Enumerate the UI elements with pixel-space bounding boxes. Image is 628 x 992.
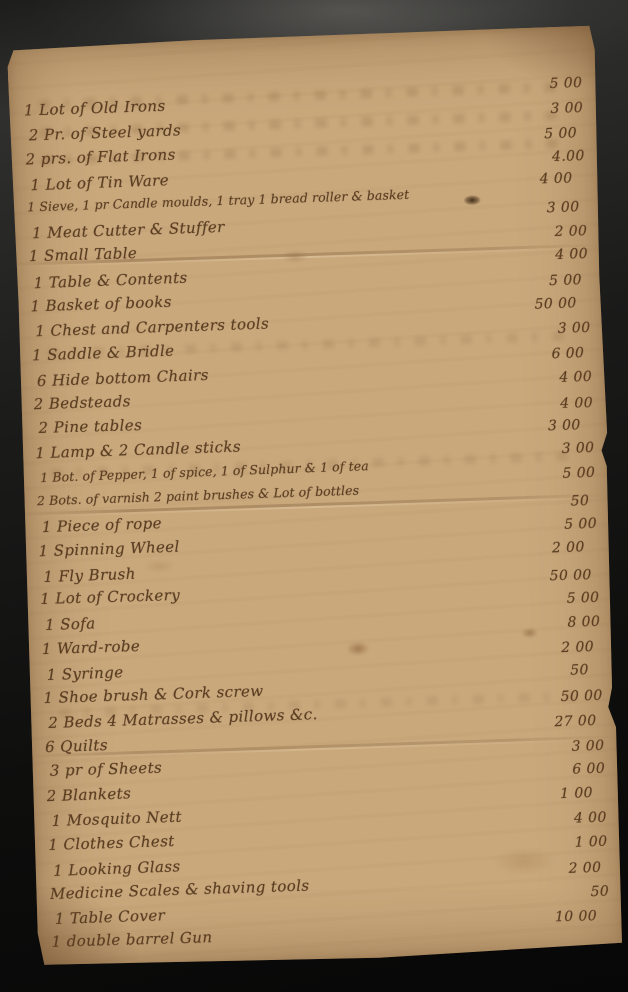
manuscript-page: 1 Lot of Old Irons5 002 Pr. of Steel yar… — [7, 26, 625, 971]
item-price: 50 00 — [518, 567, 598, 585]
item-price: 2 00 — [513, 223, 593, 241]
item-price: 5 00 — [525, 589, 605, 608]
item-price: 6 00 — [531, 760, 611, 779]
item-price: 6 00 — [510, 344, 591, 363]
item-price: 5 00 — [508, 75, 588, 94]
item-price: 50 — [515, 662, 595, 681]
item-price: 4 00 — [518, 369, 598, 388]
item-price: 50 00 — [502, 295, 582, 314]
item-price: 4 00 — [533, 809, 613, 828]
item-price: 5 00 — [521, 465, 601, 484]
item-price: 4 00 — [514, 245, 595, 264]
item-price: 4.00 — [511, 147, 592, 166]
item-price: 8 00 — [526, 613, 606, 632]
item-price: 2 00 — [510, 538, 591, 557]
item-price: 27 00 — [522, 713, 602, 732]
item-price: 5 00 — [503, 125, 583, 144]
item-price: 2 00 — [527, 860, 607, 879]
item-price: 3 00 — [520, 439, 601, 458]
item-price: 4 00 — [519, 394, 599, 412]
item-price: 4 00 — [498, 170, 578, 189]
item-price: 1 00 — [519, 784, 599, 803]
item-price: 50 — [515, 492, 595, 511]
item-price: 1 00 — [533, 833, 614, 852]
item-price: 2 00 — [520, 638, 601, 657]
item-price: 3 00 — [530, 737, 610, 755]
item-price: 3 00 — [505, 198, 585, 217]
item-price: 50 — [535, 883, 615, 902]
photo-background: 1 Lot of Old Irons5 002 Pr. of Steel yar… — [0, 0, 628, 992]
item-price: 3 00 — [509, 99, 589, 118]
item-price: 50 00 — [528, 687, 608, 706]
item-price: 5 00 — [523, 516, 603, 535]
item-price: 3 00 — [507, 417, 587, 436]
item-price: 5 00 — [508, 272, 588, 291]
item-price: 10 00 — [523, 908, 603, 926]
inventory-list: 1 Lot of Old Irons5 002 Pr. of Steel yar… — [24, 83, 617, 959]
item-price: 3 00 — [516, 320, 596, 339]
